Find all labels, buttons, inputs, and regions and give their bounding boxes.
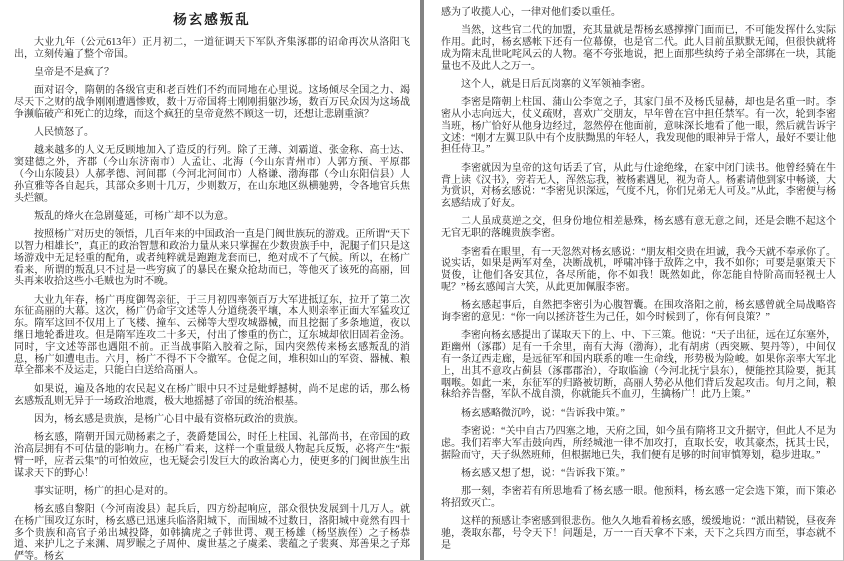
paragraph: 李密就因为皇帝的这句话丢了官，从此与仕途绝缘，在家中闭门读书。他曾经骑在牛背上读… <box>441 163 836 210</box>
paragraph: 李密向杨玄感提出了谋取天下的上、中、下三策。他说：“天子出征，远在辽东塞外，距幽… <box>441 330 836 401</box>
paragraph: 人民愤怒了。 <box>14 127 410 139</box>
paragraph: 杨玄感略微沉吟，说：“告诉我中策。” <box>441 408 836 420</box>
paragraph: 二人虽成莫逆之交，但身份地位相差悬殊，杨玄感有意无意之间，还是会瞧不起这个无官无… <box>441 216 836 240</box>
page-title: 杨玄感叛乱 <box>14 14 410 26</box>
paragraph: 大业九年（公元613年）正月初二，一道征调天下军队齐集涿郡的诏命再次从洛阳飞出，… <box>14 37 410 61</box>
paragraph: 叛乱的烽火在急剧蔓延，可杨广却不以为意。 <box>14 211 410 223</box>
paragraph: 杨玄感又想了想，说：“告诉我下策。” <box>441 468 836 480</box>
paragraph: 杨玄感自黎阳（今河南浚县）起兵后，四方纷起响应，部众很快发展到十几万人。就在杨广… <box>14 504 410 560</box>
book-spread: 杨玄感叛乱 大业九年（公元613年）正月初二，一道征调天下军队齐集涿郡的诏命再次… <box>0 0 844 561</box>
paragraph: 李密是隋朝上柱国、蒲山公李宽之子，其家门虽不及杨氏显赫，却也是名重一时。李密从小… <box>441 97 836 156</box>
paragraph-continuation: 感为了收揽人心，一律对他们委以重任。 <box>441 7 836 19</box>
paragraph: 这样的预感让李密感到很悲伤。他久久地看着杨玄感，缓缓地说：“派出精锐，昼夜奔驰，… <box>441 516 836 551</box>
paragraph: 皇帝是不是疯了？ <box>14 67 410 79</box>
paragraph: 李密看在眼里，有一天忽然对杨玄感说：“朋友相交贵在坦诚，我今天就不奉承你了。说实… <box>441 247 836 294</box>
paragraph: 面对诏令，隋朝的各级官吏和老百姓们不约而同地在心里说。这场倾尽全国之力、竭尽天下… <box>14 85 410 120</box>
paragraph: 大业九年春，杨广再度御驾亲征，于三月初四率领百万大军进抵辽东，拉开了第二次东征高… <box>14 295 410 378</box>
paragraph: 按照杨广对历史的领悟，几百年来的中国政治一直是门阀世族玩的游戏。正所谓“天下以智… <box>14 229 410 288</box>
paragraph: 越来越多的人义无反顾地加入了造反的行列。除了王薄、刘霸道、张金称、高士达、窦建德… <box>14 145 410 204</box>
paragraph: 杨玄感起事后，自然把李密引为心腹智囊。在围攻洛阳之前，杨玄感曾就全局战略咨询李密… <box>441 300 836 324</box>
paragraph: 当然，这些官二代的加盟，充其量就是帮杨玄感撑撑门面而已，不可能发挥什么实际作用。… <box>441 25 836 72</box>
paragraph: 那一刻，李密若有所思地看了杨玄感一眼。他预料，杨玄感一定会选下策，而下策必将招致… <box>441 486 836 510</box>
paragraph: 如果说，遍及各地的农民起义在杨广眼中只不过是蚍蜉撼树，尚不足虑的话，那么杨玄感叛… <box>14 384 410 408</box>
paragraph: 李密说：“关中自古乃四塞之地，天府之国，如今虽有隋将卫文升据守，但此人不足为虑。… <box>441 426 836 461</box>
page-left: 杨玄感叛乱 大业九年（公元613年）正月初二，一道征调天下军队齐集涿郡的诏命再次… <box>0 0 420 560</box>
paragraph: 这个人，就是日后瓦岗寨的义军领袖李密。 <box>441 79 836 91</box>
page-right: 感为了收揽人心，一律对他们委以重任。 当然，这些官二代的加盟，充其量就是帮杨玄感… <box>424 0 843 560</box>
paragraph: 事实证明，杨广的担心是对的。 <box>14 486 410 498</box>
paragraph: 因为，杨玄感是贵族，是杨广心目中最有资格玩政治的贵族。 <box>14 414 410 426</box>
paragraph: 杨玄感，隋朝开国元勋杨素之子，袭爵楚国公，时任上柱国、礼部尚书，在帝国的政治高层… <box>14 432 410 479</box>
